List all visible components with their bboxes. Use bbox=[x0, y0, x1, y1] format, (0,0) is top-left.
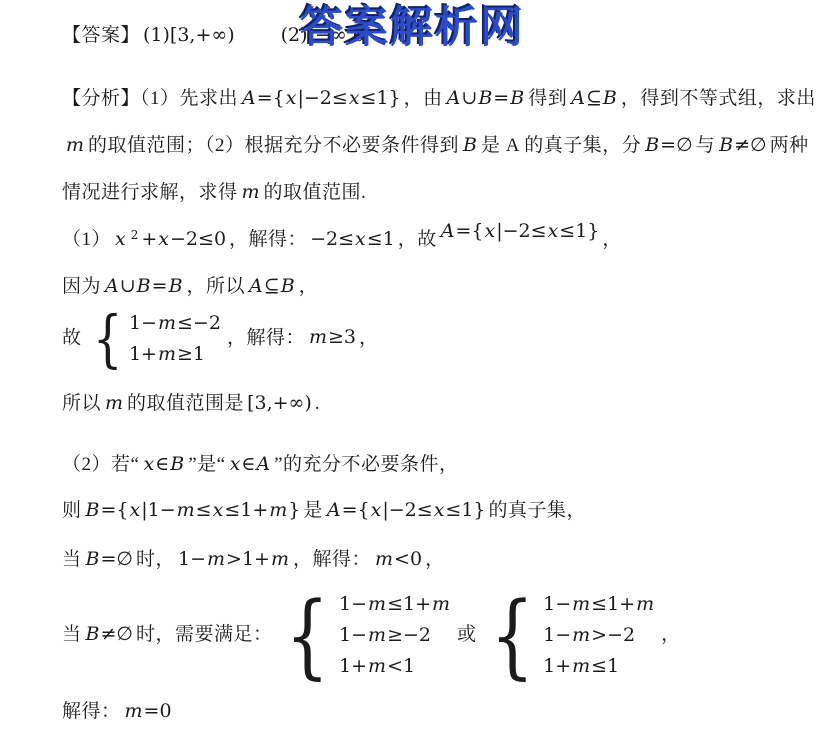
math-symbols: ≤1+ bbox=[224, 499, 268, 521]
math-variable: x bbox=[547, 220, 560, 242]
system-row: 1−m≥−2 bbox=[339, 620, 431, 651]
system-row: 1−m≤−2 bbox=[129, 308, 221, 339]
text-run: ，故 bbox=[398, 229, 437, 250]
math-symbols: ≥−2 bbox=[387, 624, 431, 646]
system-row: 1−m>−2 bbox=[543, 620, 635, 651]
math-symbols: (2)(−∞,0 bbox=[281, 24, 365, 46]
math-symbols: 1− bbox=[543, 624, 571, 646]
math-variable: x bbox=[129, 499, 142, 521]
math-symbols: 1− bbox=[543, 593, 571, 615]
math-variable: B bbox=[169, 453, 185, 475]
math-variable: A bbox=[446, 87, 462, 109]
math-variable: x bbox=[157, 228, 170, 250]
math-symbols: =∅ bbox=[100, 548, 132, 570]
system-rows: 1−m≤1+m1−m≥−21+m<1 bbox=[339, 589, 451, 682]
system-row: 1+m≤1 bbox=[543, 651, 619, 682]
math-symbols: >−2 bbox=[591, 624, 635, 646]
text-run: ”是“ bbox=[188, 454, 225, 475]
text-run: ，得到不等式组，求出 bbox=[621, 88, 816, 109]
math-variable: m bbox=[157, 312, 177, 334]
math-variable: B bbox=[85, 499, 101, 521]
text-run: ，由 bbox=[404, 88, 443, 109]
step1-system-line: 故{1−m≤−21+m≥1，解得：m≥3， bbox=[62, 308, 809, 370]
math-variable: A bbox=[570, 87, 586, 109]
math-symbols: |−2≤ bbox=[382, 499, 432, 521]
math-variable: x bbox=[354, 228, 367, 250]
math-variable: x bbox=[142, 453, 155, 475]
step2-condition-line: （2）若“x∈B”是“x∈A”的充分不必要条件， bbox=[62, 449, 809, 480]
system-rows: 1−m≤1+m1−m>−21+m≤1 bbox=[543, 589, 655, 682]
brace-icon: { bbox=[92, 308, 122, 370]
math-symbols: ≠∅ bbox=[734, 134, 766, 156]
math-variable: m bbox=[157, 343, 177, 365]
answer-line: 【答案】(1)[3,+∞)(2)(−∞,0 bbox=[62, 20, 809, 51]
math-variable: A bbox=[104, 275, 120, 297]
text-run: 故 bbox=[62, 327, 82, 348]
math-variable: m bbox=[268, 499, 288, 521]
text-run: 情况进行求解，求得 bbox=[62, 182, 238, 203]
math-run: +x−2≤0 bbox=[141, 228, 226, 250]
inequality-system: {1−m≤−21+m≥1 bbox=[88, 308, 221, 370]
math-symbols: + bbox=[141, 228, 157, 250]
math-variable: m bbox=[241, 181, 261, 203]
math-symbols: |1− bbox=[141, 499, 175, 521]
text-run: ，解得： bbox=[293, 549, 371, 570]
math-symbols: = bbox=[152, 275, 168, 297]
text-run: 时， bbox=[136, 549, 175, 570]
step2-subset-line: 则B={x|1−m≤x≤1+m}是A={x|−2≤x≤1}的真子集， bbox=[62, 495, 809, 526]
text-run: ， bbox=[299, 276, 319, 297]
analysis-line-1: 【分析】（1）先求出A={x|−2≤x≤1}，由A∪B=B得到A⊆B，得到不等式… bbox=[62, 83, 809, 114]
math-symbols: ∪ bbox=[120, 275, 136, 297]
text-run: 则 bbox=[62, 500, 82, 521]
math-symbols: |−2≤ bbox=[297, 87, 347, 109]
math-symbols: ⊆ bbox=[586, 87, 602, 109]
math-run: A={x|−2≤x≤1} bbox=[326, 499, 486, 521]
math-symbols: ≥3 bbox=[328, 326, 356, 348]
math-variable: A bbox=[440, 220, 456, 242]
math-symbols: ≤ bbox=[196, 499, 212, 521]
math-variable: B bbox=[718, 134, 734, 156]
math-symbols: 1+ bbox=[339, 655, 367, 677]
math-variable: A bbox=[241, 87, 257, 109]
step1-conclusion-line: 所以m的取值范围是[3,+∞). bbox=[62, 388, 809, 419]
math-variable: x bbox=[484, 220, 497, 242]
math-variable: A bbox=[255, 453, 271, 475]
math-run: x∈A bbox=[229, 453, 272, 475]
math-run: m≥3 bbox=[308, 326, 356, 348]
math-variable: m bbox=[431, 593, 451, 615]
text-run: 是 bbox=[303, 500, 323, 521]
math-symbols: ≤1 bbox=[367, 228, 395, 250]
math-run: A⊆B bbox=[248, 275, 296, 297]
text-run: ， bbox=[602, 229, 622, 250]
text-run: 所以 bbox=[62, 393, 101, 414]
math-symbols: ∪ bbox=[461, 87, 477, 109]
math-symbols: <0 bbox=[394, 548, 422, 570]
math-run: B=∅ bbox=[85, 548, 133, 570]
text-run: 或 bbox=[457, 624, 477, 645]
math-variable: m bbox=[571, 624, 591, 646]
step2-result-line: 解得：m=0 bbox=[62, 696, 809, 727]
math-run: (2)(−∞,0 bbox=[281, 24, 365, 46]
text-run: 解得： bbox=[62, 701, 121, 722]
math-variable: B bbox=[462, 134, 478, 156]
system-rows: 1−m≤−21+m≥1 bbox=[129, 308, 221, 370]
math-symbols: −2≤ bbox=[310, 228, 354, 250]
text-run: ， bbox=[661, 624, 681, 645]
inequality-system: {1−m≤1+m1−m>−21+m≤1 bbox=[483, 589, 656, 682]
math-variable: m bbox=[367, 624, 387, 646]
math-run: A∪B=B bbox=[446, 87, 526, 109]
text-run: 因为 bbox=[62, 276, 101, 297]
text-run: ， bbox=[425, 549, 445, 570]
math-run: 2 bbox=[131, 228, 139, 242]
math-variable: x bbox=[229, 453, 242, 475]
math-run: x bbox=[114, 228, 127, 250]
text-run: （2）若“ bbox=[62, 454, 139, 475]
math-variable: m bbox=[104, 392, 124, 414]
math-symbols: } bbox=[288, 499, 300, 521]
inequality-system: {1−m≤1+m1−m≥−21+m<1 bbox=[278, 589, 451, 682]
system-row: 1+m≥1 bbox=[129, 339, 205, 370]
math-variable: m bbox=[270, 548, 290, 570]
math-symbols: ={ bbox=[455, 220, 483, 242]
text-run: 时，需要满足： bbox=[136, 624, 273, 645]
math-symbols: ≤1+ bbox=[387, 593, 431, 615]
text-run: ”的充分不必要条件， bbox=[274, 454, 458, 475]
math-symbols: ⊆ bbox=[264, 275, 280, 297]
math-symbols: ∈ bbox=[241, 453, 255, 475]
math-run: [3,+∞) bbox=[247, 392, 312, 414]
math-run: B={x|1−m≤x≤1+m} bbox=[85, 499, 301, 521]
math-symbols: 1− bbox=[178, 548, 206, 570]
text-run: 的取值范围；（2）根据充分不必要条件得到 bbox=[88, 135, 459, 156]
math-symbols: (1)[3,+∞) bbox=[143, 24, 235, 46]
math-run: m bbox=[104, 392, 124, 414]
math-symbols: ≤1+ bbox=[591, 593, 635, 615]
math-variable: m bbox=[571, 655, 591, 677]
math-symbols: ≤1 bbox=[591, 655, 619, 677]
math-run: A∪B=B bbox=[104, 275, 184, 297]
math-symbols: |−2≤ bbox=[496, 220, 546, 242]
math-run: A={x|−2≤x≤1} bbox=[440, 220, 600, 242]
text-run: ，解得： bbox=[227, 327, 305, 348]
math-run: (1)[3,+∞) bbox=[143, 24, 235, 46]
system-row: 1+m<1 bbox=[339, 651, 415, 682]
math-run: m bbox=[241, 181, 261, 203]
math-variable: B bbox=[85, 548, 101, 570]
analysis-line-2: m的取值范围；（2）根据充分不必要条件得到B是 A 的真子集，分B=∅与B≠∅两… bbox=[62, 130, 809, 161]
math-variable: m bbox=[367, 655, 387, 677]
math-symbols: ≤1} bbox=[559, 220, 599, 242]
math-symbols: >1+ bbox=[226, 548, 270, 570]
math-symbols: ≤1} bbox=[361, 87, 401, 109]
text-run: ，所以 bbox=[187, 276, 246, 297]
math-symbols: ∈ bbox=[155, 453, 169, 475]
math-run: B≠∅ bbox=[718, 134, 766, 156]
math-variable: x bbox=[370, 499, 383, 521]
step2-empty-case-line: 当B=∅时，1−m>1+m，解得：m<0， bbox=[62, 544, 809, 575]
math-variable: B bbox=[477, 87, 493, 109]
document-page: 答案解析网 【答案】(1)[3,+∞)(2)(−∞,0 【分析】（1）先求出A=… bbox=[0, 0, 829, 730]
math-symbols: ={ bbox=[257, 87, 285, 109]
math-variable: m bbox=[124, 700, 144, 722]
math-symbols: =∅ bbox=[660, 134, 692, 156]
math-run: m=0 bbox=[124, 700, 172, 722]
math-symbols: [3,+∞) bbox=[247, 392, 312, 414]
text-run: 当 bbox=[62, 624, 82, 645]
math-variable: m bbox=[374, 548, 394, 570]
text-run: 【答案】 bbox=[62, 25, 140, 46]
math-variable: m bbox=[635, 593, 655, 615]
math-symbols: ≠∅ bbox=[100, 623, 132, 645]
brace-icon: { bbox=[490, 590, 534, 682]
math-run: B≠∅ bbox=[85, 623, 133, 645]
math-symbols: <1 bbox=[387, 655, 415, 677]
math-symbols: 1− bbox=[129, 312, 157, 334]
math-variable: B bbox=[602, 87, 618, 109]
math-run: −2≤x≤1 bbox=[310, 228, 395, 250]
math-run: m bbox=[65, 134, 85, 156]
math-variable: x bbox=[348, 87, 361, 109]
math-symbols: ≤1} bbox=[445, 499, 485, 521]
math-variable: B bbox=[168, 275, 184, 297]
math-variable: B bbox=[280, 275, 296, 297]
math-symbols: ≤−2 bbox=[177, 312, 221, 334]
math-run: m<0 bbox=[374, 548, 422, 570]
text-run: ，解得： bbox=[229, 229, 307, 250]
system-row: 1−m≤1+m bbox=[339, 589, 451, 620]
text-run: 是 A 的真子集，分 bbox=[481, 135, 641, 156]
math-variable: B bbox=[644, 134, 660, 156]
math-run: B=∅ bbox=[644, 134, 692, 156]
math-run: B bbox=[462, 134, 478, 156]
math-symbols: =0 bbox=[144, 700, 172, 722]
math-run: A⊆B bbox=[570, 87, 618, 109]
math-symbols: 1− bbox=[339, 593, 367, 615]
text-run: 的取值范围. bbox=[264, 182, 367, 203]
math-symbols: 1+ bbox=[543, 655, 571, 677]
math-variable: B bbox=[509, 87, 525, 109]
math-variable: A bbox=[326, 499, 342, 521]
brace-icon: { bbox=[286, 590, 330, 682]
math-variable: x bbox=[114, 228, 127, 250]
math-variable: m bbox=[206, 548, 226, 570]
step1-because-line: 因为A∪B=B，所以A⊆B， bbox=[62, 271, 809, 302]
math-symbols: = bbox=[493, 87, 509, 109]
math-symbols: −2≤0 bbox=[170, 228, 226, 250]
math-run: x∈B bbox=[142, 453, 185, 475]
math-variable: B bbox=[136, 275, 152, 297]
math-symbols: ={ bbox=[100, 499, 128, 521]
step2-nonempty-case-line: 当B≠∅时，需要满足：{1−m≤1+m1−m≥−21+m<1或{1−m≤1+m1… bbox=[62, 589, 809, 682]
math-symbols: ={ bbox=[342, 499, 370, 521]
math-symbols: ≥1 bbox=[177, 343, 205, 365]
analysis-line-3: 情况进行求解，求得m的取值范围. bbox=[62, 177, 809, 208]
math-variable: m bbox=[308, 326, 328, 348]
math-variable: A bbox=[248, 275, 264, 297]
text-run: 的真子集， bbox=[489, 500, 587, 521]
text-run: 【分析】（1）先求出 bbox=[62, 88, 238, 109]
system-row: 1−m≤1+m bbox=[543, 589, 655, 620]
math-variable: x bbox=[433, 499, 446, 521]
text-run: 当 bbox=[62, 549, 82, 570]
math-symbols: 1− bbox=[339, 624, 367, 646]
math-variable: m bbox=[176, 499, 196, 521]
math-variable: m bbox=[367, 593, 387, 615]
math-variable: x bbox=[212, 499, 225, 521]
math-run: 1−m>1+m bbox=[178, 548, 290, 570]
text-run: 得到 bbox=[528, 88, 567, 109]
math-run: A={x|−2≤x≤1} bbox=[241, 87, 401, 109]
math-variable: B bbox=[85, 623, 101, 645]
math-symbols: 1+ bbox=[129, 343, 157, 365]
math-variable: x bbox=[285, 87, 298, 109]
text-run: ， bbox=[359, 327, 379, 348]
text-run: 与 bbox=[696, 135, 716, 156]
text-run: 的取值范围是 bbox=[127, 393, 244, 414]
text-run: . bbox=[315, 393, 320, 414]
math-variable: m bbox=[571, 593, 591, 615]
text-run: 两种 bbox=[770, 135, 809, 156]
step1-equation-line: （1）x2+x−2≤0，解得：−2≤x≤1，故A={x|−2≤x≤1}， bbox=[62, 220, 809, 255]
math-variable: m bbox=[65, 134, 85, 156]
text-run: （1） bbox=[62, 229, 111, 250]
